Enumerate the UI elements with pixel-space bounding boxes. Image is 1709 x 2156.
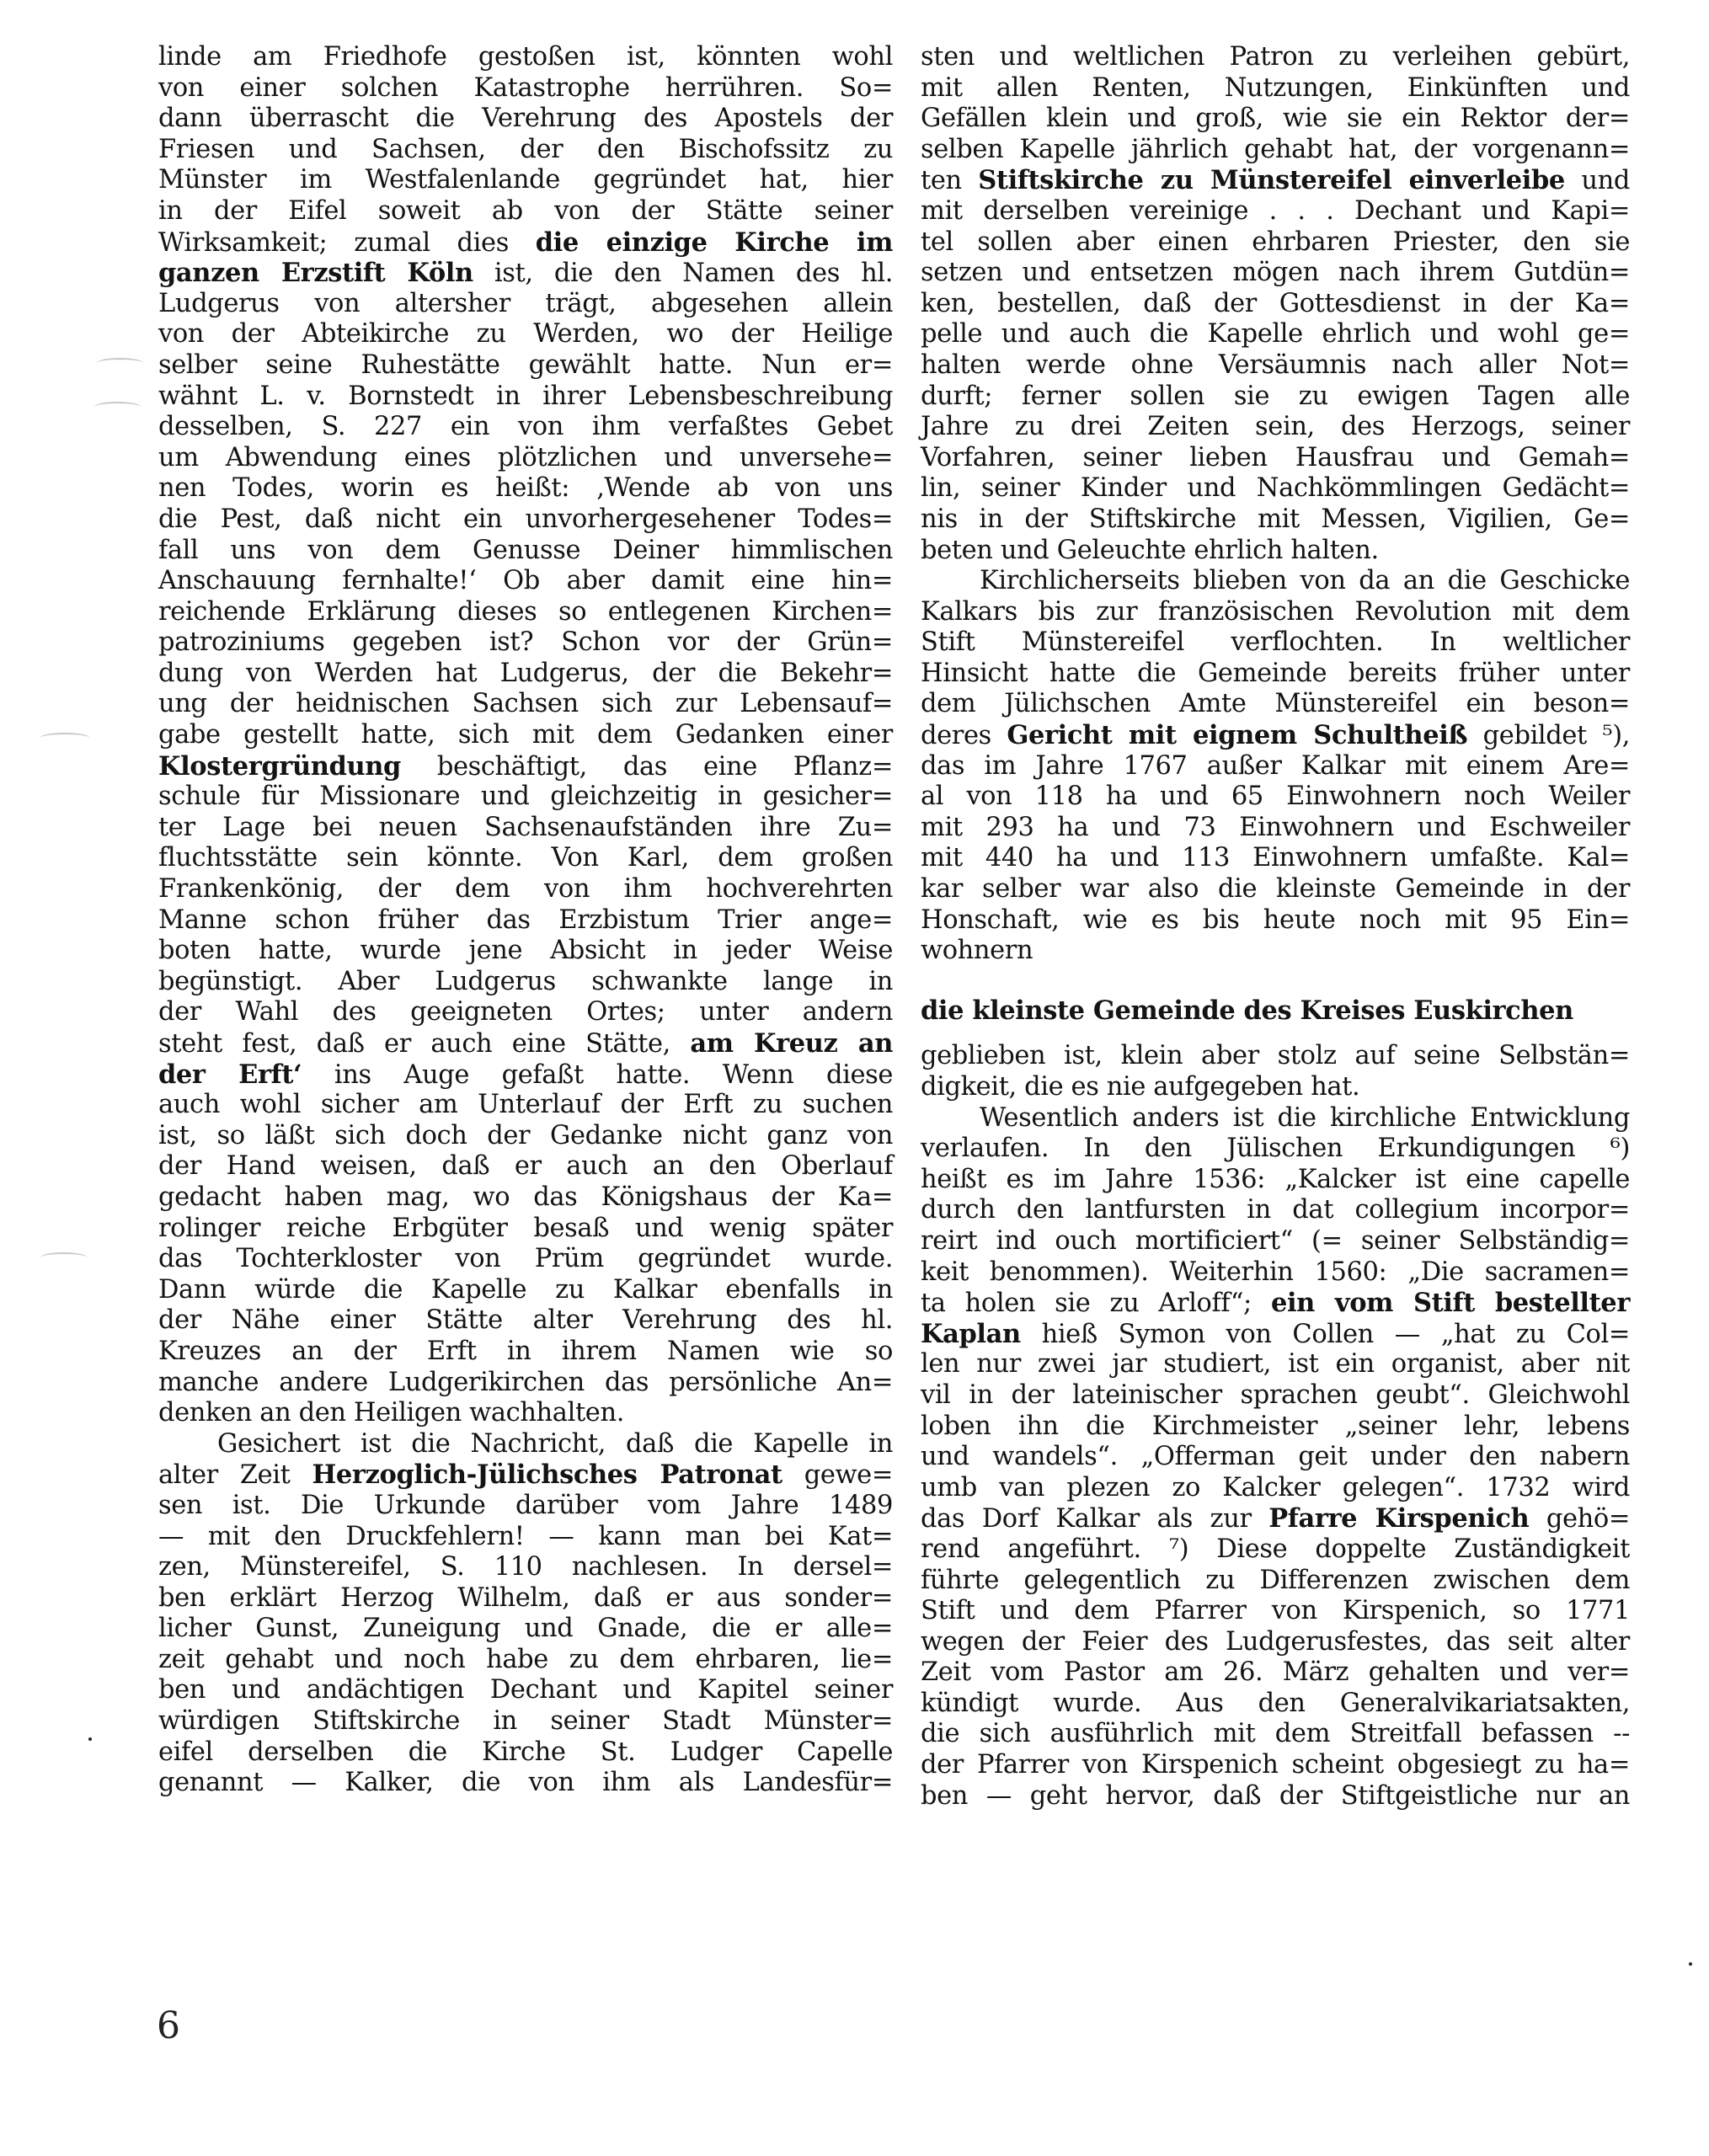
text-run: halten werde ohne Versäumnis nach aller … bbox=[921, 350, 1630, 380]
text-run: Manne schon früher das Erzbistum Trier a… bbox=[158, 905, 893, 935]
bold-emphasis: Pfarre Kirspenich bbox=[1268, 1503, 1529, 1534]
text-run: pelle und auch die Kapelle ehrlich und w… bbox=[921, 319, 1630, 349]
text-run: und wandels“. „Offerman geit under den n… bbox=[921, 1442, 1630, 1471]
text-line: gedacht haben mag, wo das Königshaus der… bbox=[158, 1182, 893, 1214]
text-run: mit derselben vereinige . . . Dechant un… bbox=[921, 196, 1630, 226]
text-line: Manne schon früher das Erzbistum Trier a… bbox=[158, 905, 893, 937]
text-run: vil in der lateinischer sprachen geubt“.… bbox=[921, 1380, 1630, 1410]
text-line: loben ihn die Kirchmeister „seiner lehr,… bbox=[921, 1412, 1630, 1443]
text-run: der Hand weisen, daß er auch an den Ober… bbox=[158, 1151, 893, 1181]
text-run: Münster im Westfalenlande gegründet hat,… bbox=[158, 165, 893, 195]
text-run: das im Jahre 1767 außer Kalkar mit einem… bbox=[921, 751, 1630, 781]
text-run: rolinger reiche Erbgüter besaß und wenig… bbox=[158, 1214, 893, 1243]
text-run: ter Lage bei neuen Sachsenaufständen ihr… bbox=[158, 813, 893, 842]
bold-emphasis: die einzige Kirche im bbox=[536, 227, 893, 258]
text-line: steht fest, daß er auch eine Stätte, am … bbox=[158, 1028, 893, 1059]
text-line: würdigen Stiftskirche in seiner Stadt Mü… bbox=[158, 1706, 893, 1737]
text-line: len nur zwei jar studiert, ist ein organ… bbox=[921, 1349, 1630, 1380]
page-number: 6 bbox=[157, 2004, 180, 2047]
text-run: ken, bestellen, daß der Gottesdienst in … bbox=[921, 289, 1630, 318]
text-run: ben — geht hervor, daß der Stiftgeistlic… bbox=[921, 1781, 1630, 1811]
text-run: Vorfahren, seiner lieben Hausfrau und Ge… bbox=[921, 443, 1630, 472]
text-run: wähnt L. v. Bornstedt in ihrer Lebensbes… bbox=[158, 382, 893, 411]
text-run: licher Gunst, Zuneigung und Gnade, die e… bbox=[158, 1614, 893, 1643]
text-line: durch den lantfursten in dat collegium i… bbox=[921, 1195, 1630, 1226]
text-line: tel sollen aber einen ehrbaren Priester,… bbox=[921, 227, 1630, 259]
text-line: verlaufen. In den Jülischen Erkundigunge… bbox=[921, 1134, 1630, 1165]
text-line: der Hand weisen, daß er auch an den Ober… bbox=[158, 1151, 893, 1182]
text-line: Stift und dem Pfarrer von Kirspenich, so… bbox=[921, 1596, 1630, 1627]
text-line: Anschauung fernhalte!‘ Ob aber damit ein… bbox=[158, 566, 893, 597]
text-line: selben Kapelle jährlich gehabt hat, der … bbox=[921, 135, 1630, 166]
text-run: nen Todes, worin es heißt: ‚Wende ab von… bbox=[158, 473, 893, 503]
text-run: Stift und dem Pfarrer von Kirspenich, so… bbox=[921, 1596, 1630, 1625]
text-run: in der Eifel soweit ab von der Stätte se… bbox=[158, 196, 893, 226]
text-run: dung von Werden hat Ludgerus, der die Be… bbox=[158, 659, 893, 688]
text-run: der Wahl des geeigneten Ortes; unter and… bbox=[158, 997, 893, 1027]
text-run: ben erklärt Herzog Wilhelm, daß er aus s… bbox=[158, 1583, 893, 1613]
text-run: desselben, S. 227 ein von ihm verfaßtes … bbox=[158, 412, 893, 441]
text-run: der Nähe einer Stätte alter Verehrung de… bbox=[158, 1305, 893, 1335]
text-line: — mit den Druckfehlern! — kann man bei K… bbox=[158, 1522, 893, 1553]
text-line: Kaplan hieß Symon von Collen — „hat zu C… bbox=[921, 1319, 1630, 1350]
scan-artifact-arc bbox=[40, 1252, 87, 1262]
text-line: Gesichert ist die Nachricht, daß die Kap… bbox=[158, 1429, 893, 1460]
text-run: ten bbox=[921, 166, 978, 195]
text-line: wohnern bbox=[921, 936, 1630, 967]
text-run: sten und weltlichen Patron zu verleihen … bbox=[921, 42, 1630, 72]
text-run: das Tochterkloster von Prüm gegründet wu… bbox=[158, 1244, 893, 1273]
text-line: geblieben ist, klein aber stolz auf sein… bbox=[921, 1041, 1630, 1072]
section-heading: die kleinste Gemeinde des Kreises Euskir… bbox=[921, 995, 1630, 1027]
text-line: wähnt L. v. Bornstedt in ihrer Lebensbes… bbox=[158, 382, 893, 413]
text-run: alter Zeit bbox=[158, 1460, 312, 1490]
text-line: nis in der Stiftskirche mit Messen, Vigi… bbox=[921, 504, 1630, 536]
text-line: vil in der lateinischer sprachen geubt“.… bbox=[921, 1380, 1630, 1412]
text-run: um Abwendung eines plötzlichen und unver… bbox=[158, 443, 893, 472]
text-line: kündigt wurde. Aus den Generalvikariatsa… bbox=[921, 1689, 1630, 1720]
text-line: Gefällen klein und groß, wie sie ein Rek… bbox=[921, 104, 1630, 135]
text-run: mit allen Renten, Nutzungen, Einkünften … bbox=[921, 73, 1630, 103]
text-line: auch wohl sicher am Unterlauf der Erft z… bbox=[158, 1090, 893, 1121]
text-line: Kreuzes an der Erft in ihrem Namen wie s… bbox=[158, 1337, 893, 1368]
bold-emphasis: Gericht mit eignem Schultheiß bbox=[1007, 720, 1467, 750]
text-run: sen ist. Die Urkunde darüber vom Jahre 1… bbox=[158, 1491, 893, 1520]
text-line: und wandels“. „Offerman geit under den n… bbox=[921, 1442, 1630, 1473]
text-run: — mit den Druckfehlern! — kann man bei K… bbox=[158, 1522, 893, 1551]
text-line: mit 440 ha und 113 Einwohnern umfaßte. K… bbox=[921, 843, 1630, 874]
text-line: heißt es im Jahre 1536: „Kalcker ist ein… bbox=[921, 1165, 1630, 1196]
text-line: wegen der Feier des Ludgerusfestes, das … bbox=[921, 1627, 1630, 1658]
text-line: Münster im Westfalenlande gegründet hat,… bbox=[158, 165, 893, 196]
text-run: würdigen Stiftskirche in seiner Stadt Mü… bbox=[158, 1706, 893, 1736]
text-line: nen Todes, worin es heißt: ‚Wende ab von… bbox=[158, 473, 893, 504]
text-line: lin, seiner Kinder und Nachkömmlingen Ge… bbox=[921, 473, 1630, 504]
bold-emphasis: Kaplan bbox=[921, 1319, 1021, 1349]
text-run: beschäftigt, das eine Pflanz= bbox=[401, 752, 893, 782]
left-text-column: linde am Friedhofe gestoßen ist, könnten… bbox=[158, 42, 893, 1799]
text-line: ben erklärt Herzog Wilhelm, daß er aus s… bbox=[158, 1583, 893, 1614]
text-line: gabe gestellt hatte, sich mit dem Gedank… bbox=[158, 720, 893, 751]
text-run: Gesichert ist die Nachricht, daß die Kap… bbox=[217, 1429, 893, 1459]
text-line: ten Stiftskirche zu Münstereifel einverl… bbox=[921, 165, 1630, 196]
text-run: setzen und entsetzen mögen nach ihrem Gu… bbox=[921, 258, 1630, 287]
text-run: und bbox=[1565, 166, 1630, 195]
text-line: die Pest, daß nicht ein unvorhergesehene… bbox=[158, 504, 893, 536]
scan-speck bbox=[88, 1737, 92, 1741]
text-line: ganzen Erzstift Köln ist, die den Namen … bbox=[158, 258, 893, 289]
text-run: dem Jülichschen Amte Münstereifel ein be… bbox=[921, 689, 1630, 718]
text-run: linde am Friedhofe gestoßen ist, könnten… bbox=[158, 42, 893, 72]
text-run: umb van plezen zo Kalcker gelegen“. 1732… bbox=[921, 1473, 1630, 1502]
right-text-column: sten und weltlichen Patron zu verleihen … bbox=[921, 42, 1630, 1812]
text-line: Kalkars bis zur französischen Revolution… bbox=[921, 597, 1630, 628]
text-run: Frankenkönig, der dem von ihm hochverehr… bbox=[158, 874, 893, 904]
text-line: genannt — Kalker, die von ihm als Landes… bbox=[158, 1768, 893, 1799]
text-run: eifel derselben die Kirche St. Ludger Ca… bbox=[158, 1737, 893, 1767]
text-run: hieß Symon von Collen — „hat zu Col= bbox=[1021, 1320, 1630, 1349]
text-run: beten und Geleuchte ehrlich halten. bbox=[921, 536, 1379, 565]
scan-artifact-arc bbox=[40, 733, 89, 743]
text-line: keit benommen). Weiterhin 1560: „Die sac… bbox=[921, 1257, 1630, 1289]
text-run: Wesentlich anders ist die kirchliche Ent… bbox=[980, 1103, 1630, 1133]
text-line: rend angeführt. ⁷) Diese doppelte Zustän… bbox=[921, 1534, 1630, 1566]
text-line: kar selber war also die kleinste Gemeind… bbox=[921, 874, 1630, 905]
text-line: dann überrascht die Verehrung des Aposte… bbox=[158, 104, 893, 135]
text-line: Dann würde die Kapelle zu Kalkar ebenfal… bbox=[158, 1275, 893, 1306]
text-run: ins Auge gefaßt hatte. Wenn diese bbox=[302, 1060, 893, 1090]
text-run: mit 293 ha und 73 Einwohnern und Eschwei… bbox=[921, 813, 1630, 842]
text-run: Ludgerus von altersher trägt, abgesehen … bbox=[158, 289, 893, 318]
text-run: reichende Erklärung dieses so entlegenen… bbox=[158, 597, 893, 627]
text-run: gebildet ⁵), bbox=[1467, 721, 1630, 750]
text-line: fluchtsstätte sein könnte. Von Karl, dem… bbox=[158, 843, 893, 874]
text-line: boten hatte, wurde jene Absicht in jeder… bbox=[158, 936, 893, 967]
bold-emphasis: Stiftskirche zu Münstereifel einverleibe bbox=[978, 165, 1565, 195]
text-line: Jahre zu drei Zeiten sein, des Herzogs, … bbox=[921, 412, 1630, 443]
text-run: Honschaft, wie es bis heute noch mit 95 … bbox=[921, 905, 1630, 935]
text-line: halten werde ohne Versäumnis nach aller … bbox=[921, 350, 1630, 382]
text-run: deres bbox=[921, 721, 1007, 750]
text-line: ist, so läßt sich doch der Gedanke nicht… bbox=[158, 1121, 893, 1152]
text-line: manche andere Ludgerikirchen das persönl… bbox=[158, 1368, 893, 1399]
text-run: Zeit vom Pastor am 26. März gehalten und… bbox=[921, 1657, 1630, 1687]
text-line: reichende Erklärung dieses so entlegenen… bbox=[158, 597, 893, 628]
text-line: Ludgerus von altersher trägt, abgesehen … bbox=[158, 289, 893, 320]
text-line: licher Gunst, Zuneigung und Gnade, die e… bbox=[158, 1614, 893, 1645]
text-line: ben und andächtigen Dechant und Kapitel … bbox=[158, 1675, 893, 1706]
text-line: Wesentlich anders ist die kirchliche Ent… bbox=[921, 1103, 1630, 1134]
text-run: kündigt wurde. Aus den Generalvikariatsa… bbox=[921, 1689, 1630, 1718]
text-run: von einer solchen Katastrophe herrühren.… bbox=[158, 73, 893, 103]
text-line: Wirksamkeit; zumal dies die einzige Kirc… bbox=[158, 227, 893, 259]
text-run: selben Kapelle jährlich gehabt hat, der … bbox=[921, 135, 1630, 164]
text-run: wegen der Feier des Ludgerusfestes, das … bbox=[921, 1627, 1630, 1657]
text-line: ter Lage bei neuen Sachsenaufständen ihr… bbox=[158, 813, 893, 844]
text-run: manche andere Ludgerikirchen das persönl… bbox=[158, 1368, 893, 1397]
text-run: schule für Missionare und gleichzeitig i… bbox=[158, 782, 893, 811]
text-line: Klostergründung beschäftigt, das eine Pf… bbox=[158, 751, 893, 782]
text-run: das Dorf Kalkar als zur bbox=[921, 1504, 1268, 1534]
text-line: Hinsicht hatte die Gemeinde bereits früh… bbox=[921, 659, 1630, 690]
text-line: Kirchlicherseits blieben von da an die G… bbox=[921, 566, 1630, 597]
text-line: denken an den Heiligen wachhalten. bbox=[158, 1398, 893, 1429]
scan-speck bbox=[1689, 1962, 1692, 1966]
text-run: zen, Münstereifel, S. 110 nachlesen. In … bbox=[158, 1552, 893, 1582]
scan-artifact-arc bbox=[94, 402, 141, 412]
text-run: Friesen und Sachsen, der den Bischofssit… bbox=[158, 135, 893, 164]
text-run: tel sollen aber einen ehrbaren Priester,… bbox=[921, 227, 1630, 257]
text-line: Frankenkönig, der dem von ihm hochverehr… bbox=[158, 874, 893, 905]
text-run: fall uns von dem Genusse Deiner himmlisc… bbox=[158, 536, 893, 565]
text-line: begünstigt. Aber Ludgerus schwankte lang… bbox=[158, 967, 893, 998]
text-run: die Pest, daß nicht ein unvorhergesehene… bbox=[158, 504, 893, 534]
text-run: gewe= bbox=[782, 1460, 893, 1490]
text-run: al von 118 ha und 65 Einwohnern noch Wei… bbox=[921, 782, 1630, 811]
text-line: desselben, S. 227 ein von ihm verfaßtes … bbox=[158, 412, 893, 443]
text-line: alter Zeit Herzoglich-Jülichsches Patron… bbox=[158, 1460, 893, 1491]
text-line: umb van plezen zo Kalcker gelegen“. 1732… bbox=[921, 1473, 1630, 1504]
text-line: eifel derselben die Kirche St. Ludger Ca… bbox=[158, 1737, 893, 1769]
text-line: mit 293 ha und 73 Einwohnern und Eschwei… bbox=[921, 813, 1630, 844]
text-line: patroziniums gegeben ist? Schon vor der … bbox=[158, 627, 893, 659]
text-line: führte gelegentlich zu Differenzen zwisc… bbox=[921, 1566, 1630, 1597]
text-line: Stift Münstereifel verflochten. In weltl… bbox=[921, 627, 1630, 659]
text-run: führte gelegentlich zu Differenzen zwisc… bbox=[921, 1566, 1630, 1595]
text-run: ta holen sie zu Arloff“; bbox=[921, 1289, 1271, 1318]
text-run: Jahre zu drei Zeiten sein, des Herzogs, … bbox=[921, 412, 1630, 441]
text-run: verlaufen. In den Jülischen Erkundigunge… bbox=[921, 1134, 1630, 1163]
text-line: ken, bestellen, daß der Gottesdienst in … bbox=[921, 289, 1630, 320]
text-run: patroziniums gegeben ist? Schon vor der … bbox=[158, 627, 893, 657]
text-run: loben ihn die Kirchmeister „seiner lehr,… bbox=[921, 1412, 1630, 1441]
text-run: der Pfarrer von Kirspenich scheint obges… bbox=[921, 1750, 1630, 1780]
text-line: der Erft‘ ins Auge gefaßt hatte. Wenn di… bbox=[158, 1059, 893, 1091]
text-line: die sich ausführlich mit dem Streitfall … bbox=[921, 1719, 1630, 1750]
text-run: genannt — Kalker, die von ihm als Landes… bbox=[158, 1768, 893, 1797]
text-run: reirt ind ouch mortificiert“ (= seiner S… bbox=[921, 1226, 1630, 1256]
text-line: in der Eifel soweit ab von der Stätte se… bbox=[158, 196, 893, 227]
text-run: dann überrascht die Verehrung des Aposte… bbox=[158, 104, 893, 133]
text-run: gehö= bbox=[1529, 1504, 1630, 1534]
text-line: das Tochterkloster von Prüm gegründet wu… bbox=[158, 1244, 893, 1275]
text-line: Friesen und Sachsen, der den Bischofssit… bbox=[158, 135, 893, 166]
text-run: Kirchlicherseits blieben von da an die G… bbox=[980, 566, 1630, 595]
bold-emphasis: der Erft‘ bbox=[158, 1059, 302, 1090]
text-line: dung von Werden hat Ludgerus, der die Be… bbox=[158, 659, 893, 690]
bold-emphasis: ganzen Erzstift Köln bbox=[158, 258, 473, 288]
text-run: nis in der Stiftskirche mit Messen, Vigi… bbox=[921, 504, 1630, 534]
text-line: ta holen sie zu Arloff“; ein vom Stift b… bbox=[921, 1288, 1630, 1319]
text-run: lin, seiner Kinder und Nachkömmlingen Ge… bbox=[921, 473, 1630, 503]
bold-emphasis: am Kreuz an bbox=[690, 1028, 893, 1059]
text-run: digkeit, die es nie aufgegeben hat. bbox=[921, 1072, 1359, 1102]
text-line: schule für Missionare und gleichzeitig i… bbox=[158, 782, 893, 813]
text-run: selber seine Ruhestätte gewählt hatte. N… bbox=[158, 350, 893, 380]
text-line: sten und weltlichen Patron zu verleihen … bbox=[921, 42, 1630, 73]
text-run: auch wohl sicher am Unterlauf der Erft z… bbox=[158, 1090, 893, 1119]
text-line: digkeit, die es nie aufgegeben hat. bbox=[921, 1072, 1630, 1103]
text-run: heißt es im Jahre 1536: „Kalcker ist ein… bbox=[921, 1165, 1630, 1194]
text-run: wohnern bbox=[921, 936, 1033, 965]
text-line: deres Gericht mit eignem Schultheiß gebi… bbox=[921, 720, 1630, 751]
text-run: fluchtsstätte sein könnte. Von Karl, dem… bbox=[158, 843, 893, 873]
text-line: zeit gehabt und noch habe zu dem ehrbare… bbox=[158, 1645, 893, 1676]
text-run: len nur zwei jar studiert, ist ein organ… bbox=[921, 1349, 1630, 1379]
text-line: al von 118 ha und 65 Einwohnern noch Wei… bbox=[921, 782, 1630, 813]
text-line: von der Abteikirche zu Werden, wo der He… bbox=[158, 319, 893, 350]
text-line: dem Jülichschen Amte Münstereifel ein be… bbox=[921, 689, 1630, 720]
text-run: keit benommen). Weiterhin 1560: „Die sac… bbox=[921, 1257, 1630, 1287]
bold-emphasis: Herzoglich-Jülichsches Patronat bbox=[312, 1460, 782, 1490]
text-line: mit derselben vereinige . . . Dechant un… bbox=[921, 196, 1630, 227]
text-line: setzen und entsetzen mögen nach ihrem Gu… bbox=[921, 258, 1630, 289]
text-run: Stift Münstereifel verflochten. In weltl… bbox=[921, 627, 1630, 657]
text-line: rolinger reiche Erbgüter besaß und wenig… bbox=[158, 1214, 893, 1245]
text-run: ist, die den Namen des hl. bbox=[473, 259, 893, 288]
text-line: zen, Münstereifel, S. 110 nachlesen. In … bbox=[158, 1552, 893, 1583]
text-line: der Nähe einer Stätte alter Verehrung de… bbox=[158, 1305, 893, 1337]
text-line: Vorfahren, seiner lieben Hausfrau und Ge… bbox=[921, 443, 1630, 474]
text-run: durch den lantfursten in dat collegium i… bbox=[921, 1195, 1630, 1225]
text-line: sen ist. Die Urkunde darüber vom Jahre 1… bbox=[158, 1491, 893, 1522]
text-line: das im Jahre 1767 außer Kalkar mit einem… bbox=[921, 751, 1630, 782]
text-run: zeit gehabt und noch habe zu dem ehrbare… bbox=[158, 1645, 893, 1674]
text-run: ben und andächtigen Dechant und Kapitel … bbox=[158, 1675, 893, 1705]
text-line: Honschaft, wie es bis heute noch mit 95 … bbox=[921, 905, 1630, 937]
text-line: das Dorf Kalkar als zur Pfarre Kirspenic… bbox=[921, 1503, 1630, 1534]
text-line: ben — geht hervor, daß der Stiftgeistlic… bbox=[921, 1781, 1630, 1812]
text-run: Anschauung fernhalte!‘ Ob aber damit ein… bbox=[158, 566, 893, 595]
text-line: der Wahl des geeigneten Ortes; unter and… bbox=[158, 997, 893, 1028]
text-line: selber seine Ruhestätte gewählt hatte. N… bbox=[158, 350, 893, 382]
text-run: kar selber war also die kleinste Gemeind… bbox=[921, 874, 1630, 904]
scan-artifact-arc bbox=[97, 358, 143, 368]
text-run: durft; ferner sollen sie zu ewigen Tagen… bbox=[921, 382, 1630, 411]
text-run: Dann würde die Kapelle zu Kalkar ebenfal… bbox=[158, 1275, 893, 1305]
text-run: Hinsicht hatte die Gemeinde bereits früh… bbox=[921, 659, 1630, 688]
text-line: durft; ferner sollen sie zu ewigen Tagen… bbox=[921, 382, 1630, 413]
bold-emphasis: ein vom Stift bestellter bbox=[1271, 1288, 1630, 1318]
text-run: Gefällen klein und groß, wie sie ein Rek… bbox=[921, 104, 1630, 133]
text-line: mit allen Renten, Nutzungen, Einkünften … bbox=[921, 73, 1630, 104]
text-run: die sich ausführlich mit dem Streitfall … bbox=[921, 1719, 1630, 1748]
text-run: Kalkars bis zur französischen Revolution… bbox=[921, 597, 1630, 627]
text-run: denken an den Heiligen wachhalten. bbox=[158, 1398, 624, 1428]
text-run: von der Abteikirche zu Werden, wo der He… bbox=[158, 319, 893, 349]
text-line: reirt ind ouch mortificiert“ (= seiner S… bbox=[921, 1226, 1630, 1257]
text-line: fall uns von dem Genusse Deiner himmlisc… bbox=[158, 536, 893, 567]
text-run: rend angeführt. ⁷) Diese doppelte Zustän… bbox=[921, 1534, 1630, 1564]
text-line: beten und Geleuchte ehrlich halten. bbox=[921, 536, 1630, 567]
text-run: Wirksamkeit; zumal dies bbox=[158, 228, 536, 258]
text-line: der Pfarrer von Kirspenich scheint obges… bbox=[921, 1750, 1630, 1781]
text-line: um Abwendung eines plötzlichen und unver… bbox=[158, 443, 893, 474]
text-run: ist, so läßt sich doch der Gedanke nicht… bbox=[158, 1121, 893, 1150]
text-run: gabe gestellt hatte, sich mit dem Gedank… bbox=[158, 720, 893, 750]
text-line: linde am Friedhofe gestoßen ist, könnten… bbox=[158, 42, 893, 73]
text-run: Kreuzes an der Erft in ihrem Namen wie s… bbox=[158, 1337, 893, 1366]
text-run: steht fest, daß er auch eine Stätte, bbox=[158, 1029, 690, 1059]
bold-emphasis: Klostergründung bbox=[158, 751, 401, 782]
text-line: Zeit vom Pastor am 26. März gehalten und… bbox=[921, 1657, 1630, 1689]
text-run: boten hatte, wurde jene Absicht in jeder… bbox=[158, 936, 893, 965]
text-run: begünstigt. Aber Ludgerus schwankte lang… bbox=[158, 967, 893, 996]
text-run: mit 440 ha und 113 Einwohnern umfaßte. K… bbox=[921, 843, 1630, 873]
text-line: von einer solchen Katastrophe herrühren.… bbox=[158, 73, 893, 104]
text-line: ung der heidnischen Sachsen sich zur Leb… bbox=[158, 689, 893, 720]
text-run: ung der heidnischen Sachsen sich zur Leb… bbox=[158, 689, 893, 718]
text-run: geblieben ist, klein aber stolz auf sein… bbox=[921, 1041, 1630, 1070]
text-run: gedacht haben mag, wo das Königshaus der… bbox=[158, 1182, 893, 1212]
text-line: pelle und auch die Kapelle ehrlich und w… bbox=[921, 319, 1630, 350]
